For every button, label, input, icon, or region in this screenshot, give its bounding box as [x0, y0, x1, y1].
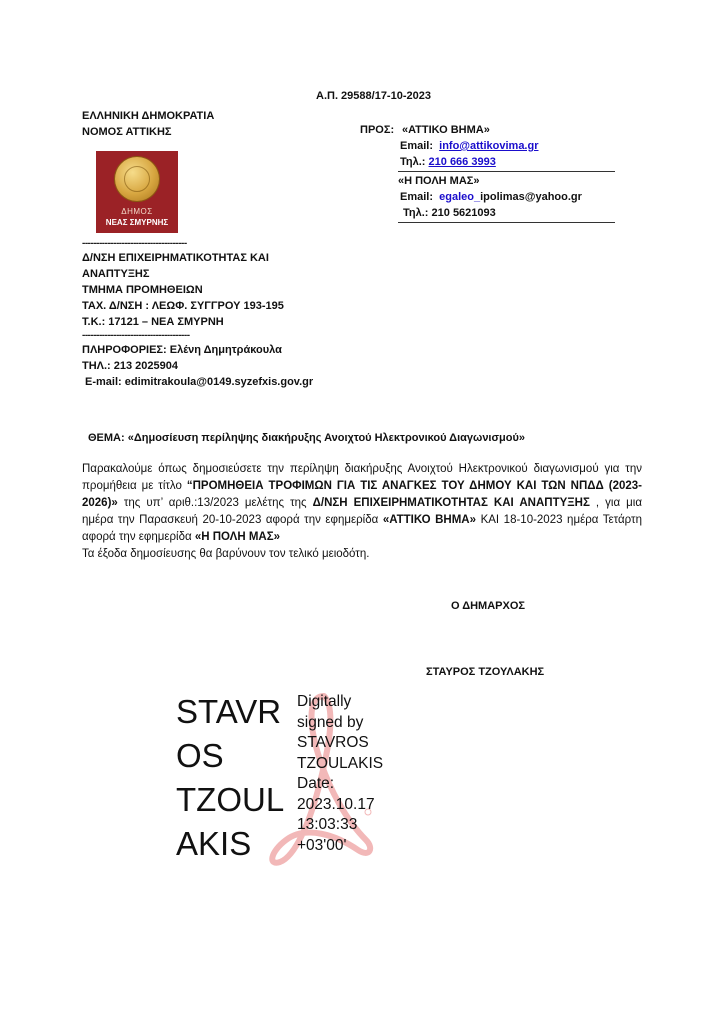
- issuer-header: ΕΛΛΗΝΙΚΗ ΔΗΜΟΚΡΑΤΙΑ ΝΟΜΟΣ ΑΤΤΙΚΗΣ: [82, 108, 214, 140]
- recipient-1-name: «ΑΤΤΙΚΟ ΒΗΜΑ»: [402, 124, 490, 136]
- sig-detail: +03'00': [297, 836, 383, 857]
- directorate-line-2: ΑΝΑΠΤΥΞΗΣ: [82, 266, 313, 282]
- divider: [398, 171, 615, 172]
- mayor-title: Ο ΔΗΜΑΡΧΟΣ: [451, 600, 525, 612]
- protocol-number: Α.Π. 29588/17-10-2023: [316, 90, 431, 102]
- recipient-2-email-rest: ipolimas@yahoo.gr: [480, 191, 582, 203]
- contact-phone: ΤΗΛ.: 213 2025904: [82, 358, 313, 374]
- sig-detail: 2023.10.17: [297, 795, 383, 816]
- recipient-2-name: «Η ΠΟΛΗ ΜΑΣ»: [360, 173, 615, 189]
- recipient-2-phone-row: Τηλ.: 210 5621093: [360, 205, 615, 221]
- recipient-1-email-link[interactable]: info@attikovima.gr: [439, 140, 538, 152]
- mayor-name: ΣΤΑΥΡΟΣ ΤΖΟΥΛΑΚΗΣ: [426, 666, 544, 678]
- directorate-line-1: Δ/ΝΣΗ ΕΠΙΧΕΙΡΗΜΑΤΙΚΟΤΗΤΑΣ ΚΑΙ: [82, 250, 313, 266]
- signer-name-large: STAVR OS TZOUL AKIS: [176, 690, 284, 866]
- body-paragraph-1: Παρακαλούμε όπως δημοσιεύσετε την περίλη…: [82, 461, 642, 546]
- letter-body: Παρακαλούμε όπως δημοσιεύσετε την περίλη…: [82, 461, 642, 563]
- directorate-name: Δ/ΝΣΗ ΕΠΙΧΕΙΡΗΜΑΤΙΚΟΤΗΤΑΣ ΚΑΙ ΑΝΑΠΤΥΞΗΣ: [313, 497, 590, 509]
- recipient-2-email-prefix: egaleo_: [439, 191, 480, 203]
- prefecture-label: ΝΟΜΟΣ ΑΤΤΙΚΗΣ: [82, 124, 214, 140]
- recipient-1-email-row: Email: info@attikovima.gr: [360, 138, 615, 154]
- recipients-block: ΠΡΟΣ:«ΑΤΤΙΚΟ ΒΗΜΑ» Email: info@attikovim…: [360, 122, 615, 224]
- signature-details: Digitally signed by STAVROS TZOULAKIS Da…: [297, 692, 383, 856]
- sig-detail: TZOULAKIS: [297, 754, 383, 775]
- sig-detail: Date:: [297, 774, 383, 795]
- recipient-1-phone-link[interactable]: 210 666 3993: [429, 156, 496, 168]
- logo-label-bottom: ΝΕΑΣ ΣΜΥΡΝΗΣ: [96, 218, 178, 227]
- email-label: Email:: [400, 191, 433, 203]
- contact-email: E-mail: edimitrakoula@0149.syzefxis.gov.…: [82, 374, 313, 390]
- subject-line: ΘΕΜΑ: «Δημοσίευση περίληψης διακήρυξης Α…: [88, 432, 525, 444]
- section-name: ΤΜΗΜΑ ΠΡΟΜΗΘΕΙΩΝ: [82, 282, 313, 298]
- newspaper-1: «ΑΤΤΙΚΟ ΒΗΜΑ»: [383, 514, 476, 526]
- sig-detail: signed by: [297, 713, 383, 734]
- body-paragraph-2: Τα έξοδα δημοσίευσης θα βαρύνουν τον τελ…: [82, 546, 642, 563]
- department-block: ------------------------------------- Δ/…: [82, 238, 313, 390]
- municipality-logo: ΔΗΜΟΣ ΝΕΑΣ ΣΜΥΡΝΗΣ: [96, 151, 178, 233]
- coin-emblem-icon: [115, 157, 159, 201]
- sig-line: OS: [176, 734, 284, 778]
- divider: [398, 222, 615, 223]
- to-label: ΠΡΟΣ:: [360, 122, 402, 138]
- postal-code: Τ.Κ.: 17121 – ΝΕΑ ΣΜΥΡΝΗ: [82, 314, 313, 330]
- phone-label: Τηλ.:: [400, 156, 425, 168]
- recipient-2-email-row: Email: egaleo_ipolimas@yahoo.gr: [360, 189, 615, 205]
- newspaper-2: «Η ΠΟΛΗ ΜΑΣ»: [195, 531, 280, 543]
- phone-label: Τηλ.:: [403, 207, 428, 219]
- sig-line: STAVR: [176, 690, 284, 734]
- logo-label-top: ΔΗΜΟΣ: [96, 207, 178, 216]
- sig-detail: 13:03:33: [297, 815, 383, 836]
- separator: -------------------------------------: [82, 238, 313, 250]
- contact-person: ΠΛΗΡΟΦΟΡΙΕΣ: Ελένη Δημητράκουλα: [82, 342, 313, 358]
- email-label: Email:: [400, 140, 433, 152]
- republic-label: ΕΛΛΗΝΙΚΗ ΔΗΜΟΚΡΑΤΙΑ: [82, 108, 214, 124]
- postal-address: ΤΑΧ. Δ/ΝΣΗ : ΛΕΩΦ. ΣΥΓΓΡΟΥ 193-195: [82, 298, 313, 314]
- recipient-1-name-row: ΠΡΟΣ:«ΑΤΤΙΚΟ ΒΗΜΑ»: [360, 122, 615, 138]
- recipient-2-phone: 210 5621093: [432, 207, 496, 219]
- digital-signature: STAVR OS TZOUL AKIS Digitally signed by …: [176, 690, 396, 870]
- recipient-1-phone-row: Τηλ.: 210 666 3993: [360, 154, 615, 170]
- sig-detail: Digitally: [297, 692, 383, 713]
- body-text: της υπ’ αριθ.:13/2023 μελέτης της: [118, 497, 313, 509]
- sig-detail: STAVROS: [297, 733, 383, 754]
- sig-line: AKIS: [176, 822, 284, 866]
- sig-line: TZOUL: [176, 778, 284, 822]
- separator: --------------------------------------: [82, 330, 313, 342]
